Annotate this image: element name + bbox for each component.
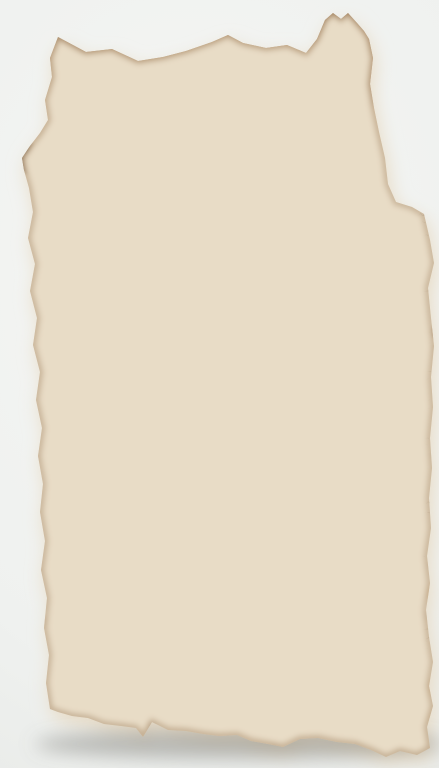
photo-background: Photograph of a mediaeval handwritten pa… — [0, 0, 439, 768]
stain — [387, 87, 403, 99]
edge-rim — [22, 13, 434, 757]
manuscript-photo — [0, 0, 439, 768]
parchment-surface — [0, 8, 439, 768]
